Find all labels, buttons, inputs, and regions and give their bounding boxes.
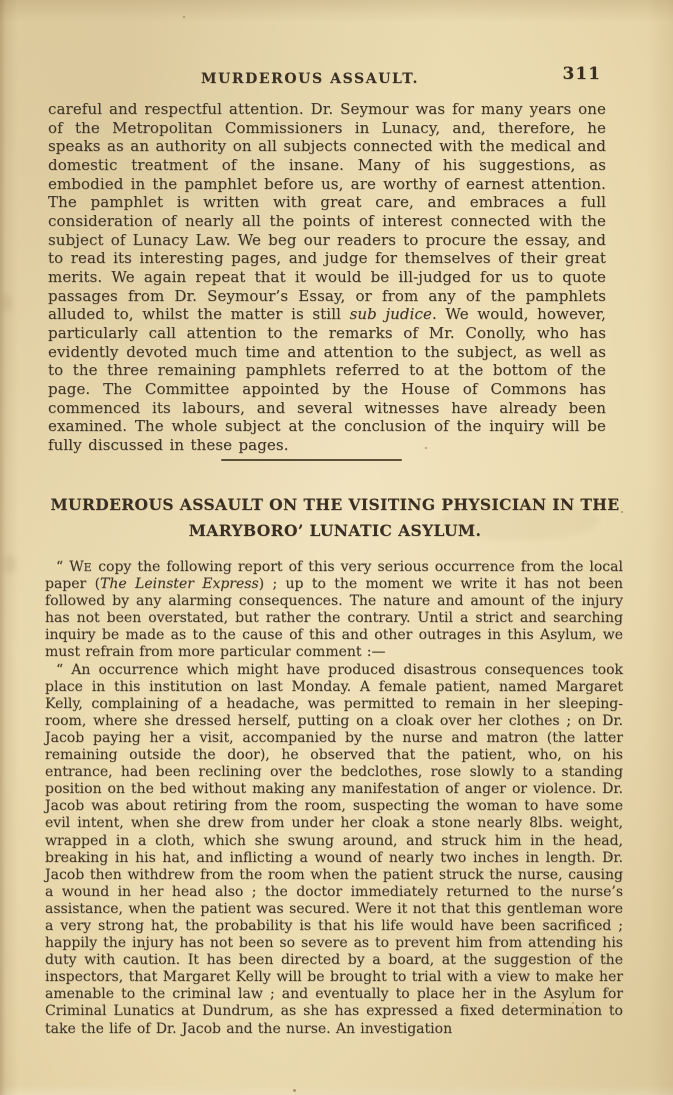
paper-speck bbox=[183, 16, 185, 18]
report-paragraph-1: “ WE copy the following report of this v… bbox=[45, 559, 623, 662]
intro-text-before-italic: careful and respectful attention. Dr. Se… bbox=[48, 100, 606, 323]
paper-smudge bbox=[4, 555, 16, 573]
paper-smudge bbox=[440, 500, 600, 540]
paper-smudge bbox=[2, 295, 12, 311]
page-number: 311 bbox=[563, 64, 602, 84]
intro-text-after-italic: . We would, however, particularly call a… bbox=[48, 305, 606, 454]
intro-paragraph: careful and respectful attention. Dr. Se… bbox=[48, 100, 606, 454]
report-paragraph-2: “ An occurrence which might have produce… bbox=[45, 662, 623, 1038]
report-open-quote: “ W bbox=[56, 559, 84, 575]
paper-speck bbox=[572, 1002, 574, 1004]
report-newspaper-name: The Leinster Express bbox=[100, 576, 259, 592]
paper-speck bbox=[293, 1089, 296, 1092]
intro-italic-phrase: sub judice bbox=[350, 305, 432, 323]
scanned-book-page: MURDEROUS ASSAULT. 311 careful and respe… bbox=[0, 0, 673, 1095]
running-header: MURDEROUS ASSAULT. bbox=[0, 71, 620, 87]
paper-speck bbox=[479, 160, 481, 162]
section-divider-rule bbox=[221, 459, 402, 461]
paper-speck bbox=[425, 447, 427, 449]
report-smallcap-e: E bbox=[84, 561, 93, 574]
article-body: “ WE copy the following report of this v… bbox=[45, 559, 623, 1038]
paper-speck bbox=[608, 855, 611, 858]
paper-speck bbox=[621, 511, 623, 513]
